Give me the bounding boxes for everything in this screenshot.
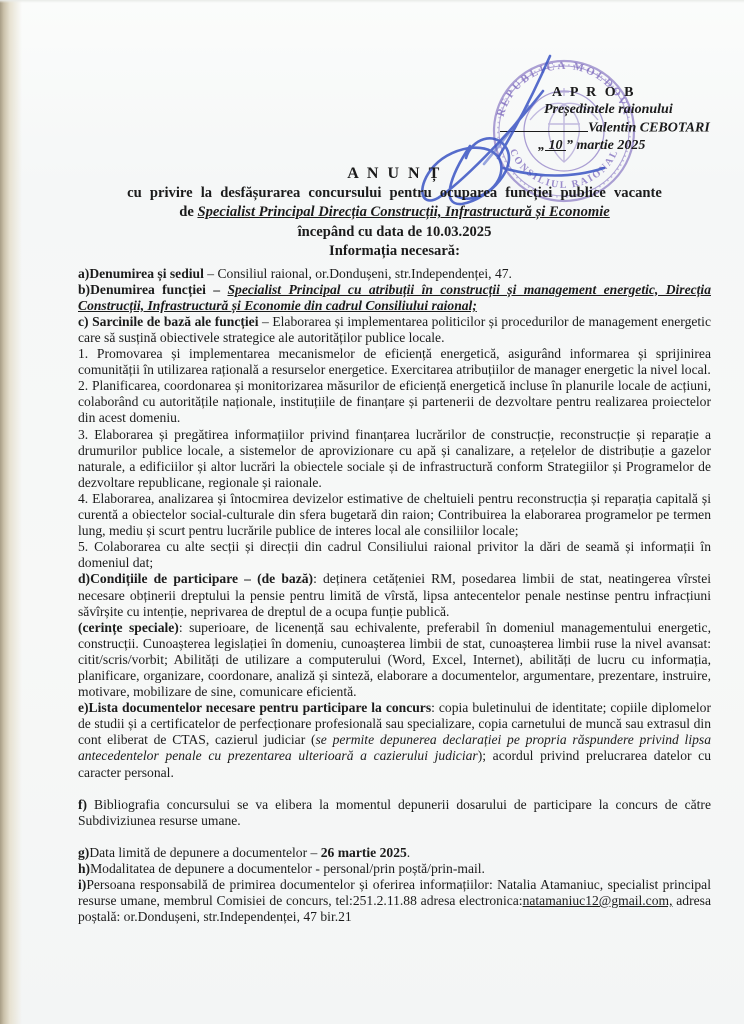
paragraph: (cerințe speciale): superioare, de licen… (78, 620, 711, 700)
document-body: a)Denumirea și sediul – Consiliul raiona… (78, 266, 711, 926)
paragraph: 4. Elaborarea, analizarea și întocmirea … (78, 491, 711, 539)
paragraph: 1. Promovarea și implementarea mecanisme… (78, 346, 711, 378)
document-content: A N U N Ț cu privire la desfășurarea con… (78, 164, 711, 925)
signature-blank-line (500, 118, 588, 132)
scan-left-edge (0, 0, 22, 1024)
aprob-label: A P R O B (552, 84, 720, 101)
heading-subtitle: cu privire la desfășurarea concursului p… (78, 184, 711, 203)
heading-position-line: de Specialist Principal Direcția Constru… (78, 203, 711, 222)
announcement-heading: A N U N Ț cu privire la desfășurarea con… (78, 164, 711, 262)
paragraph: 3. Elaborarea și pregătirea informațiilo… (78, 427, 711, 491)
document-title: A N U N Ț (78, 164, 711, 184)
position-prefix: de (179, 204, 197, 220)
paragraph: i)Persoana responsabilă de primirea docu… (78, 877, 711, 925)
approver-name: Valentin CEBOTARI (588, 121, 710, 136)
heading-info-label: Informația necesară: (78, 242, 711, 261)
paragraph: 2. Planificarea, coordonarea și monitori… (78, 378, 711, 426)
approver-title: Președintele raionului (544, 101, 720, 118)
scanned-document-page: REPUBLICA MOLDOVA CONSILIUL RAIONAL A P … (0, 0, 744, 1024)
approval-date-line: „ 10 ” martie 2025 (538, 137, 720, 154)
paragraph: c) Sarcinile de bază ale funcției – Elab… (78, 314, 711, 346)
approver-name-line: Valentin CEBOTARI (500, 118, 720, 137)
paragraph: a)Denumirea și sediul – Consiliul raiona… (78, 266, 711, 282)
position-title: Specialist Principal Direcția Construcți… (197, 204, 609, 220)
paragraph: h)Modalitatea de depunere a documentelor… (78, 861, 711, 877)
approval-block: A P R O B Președintele raionului Valenti… (500, 84, 720, 154)
approval-date-day: 10 (545, 138, 566, 153)
paragraph: g)Data limită de depunere a documentelor… (78, 845, 711, 861)
scan-top-edge (0, 0, 744, 3)
paragraph: d)Condițiile de participare – (de bază):… (78, 571, 711, 619)
paragraph: 5. Colaborarea cu alte secții și direcți… (78, 539, 711, 571)
paragraph: f) Bibliografia concursului se va eliber… (78, 797, 711, 829)
paragraph: e)Lista documentelor necesare pentru par… (78, 700, 711, 780)
paragraph: b)Denumirea funcției – Specialist Princi… (78, 282, 711, 314)
heading-start-date: începând cu data de 10.03.2025 (78, 223, 711, 242)
